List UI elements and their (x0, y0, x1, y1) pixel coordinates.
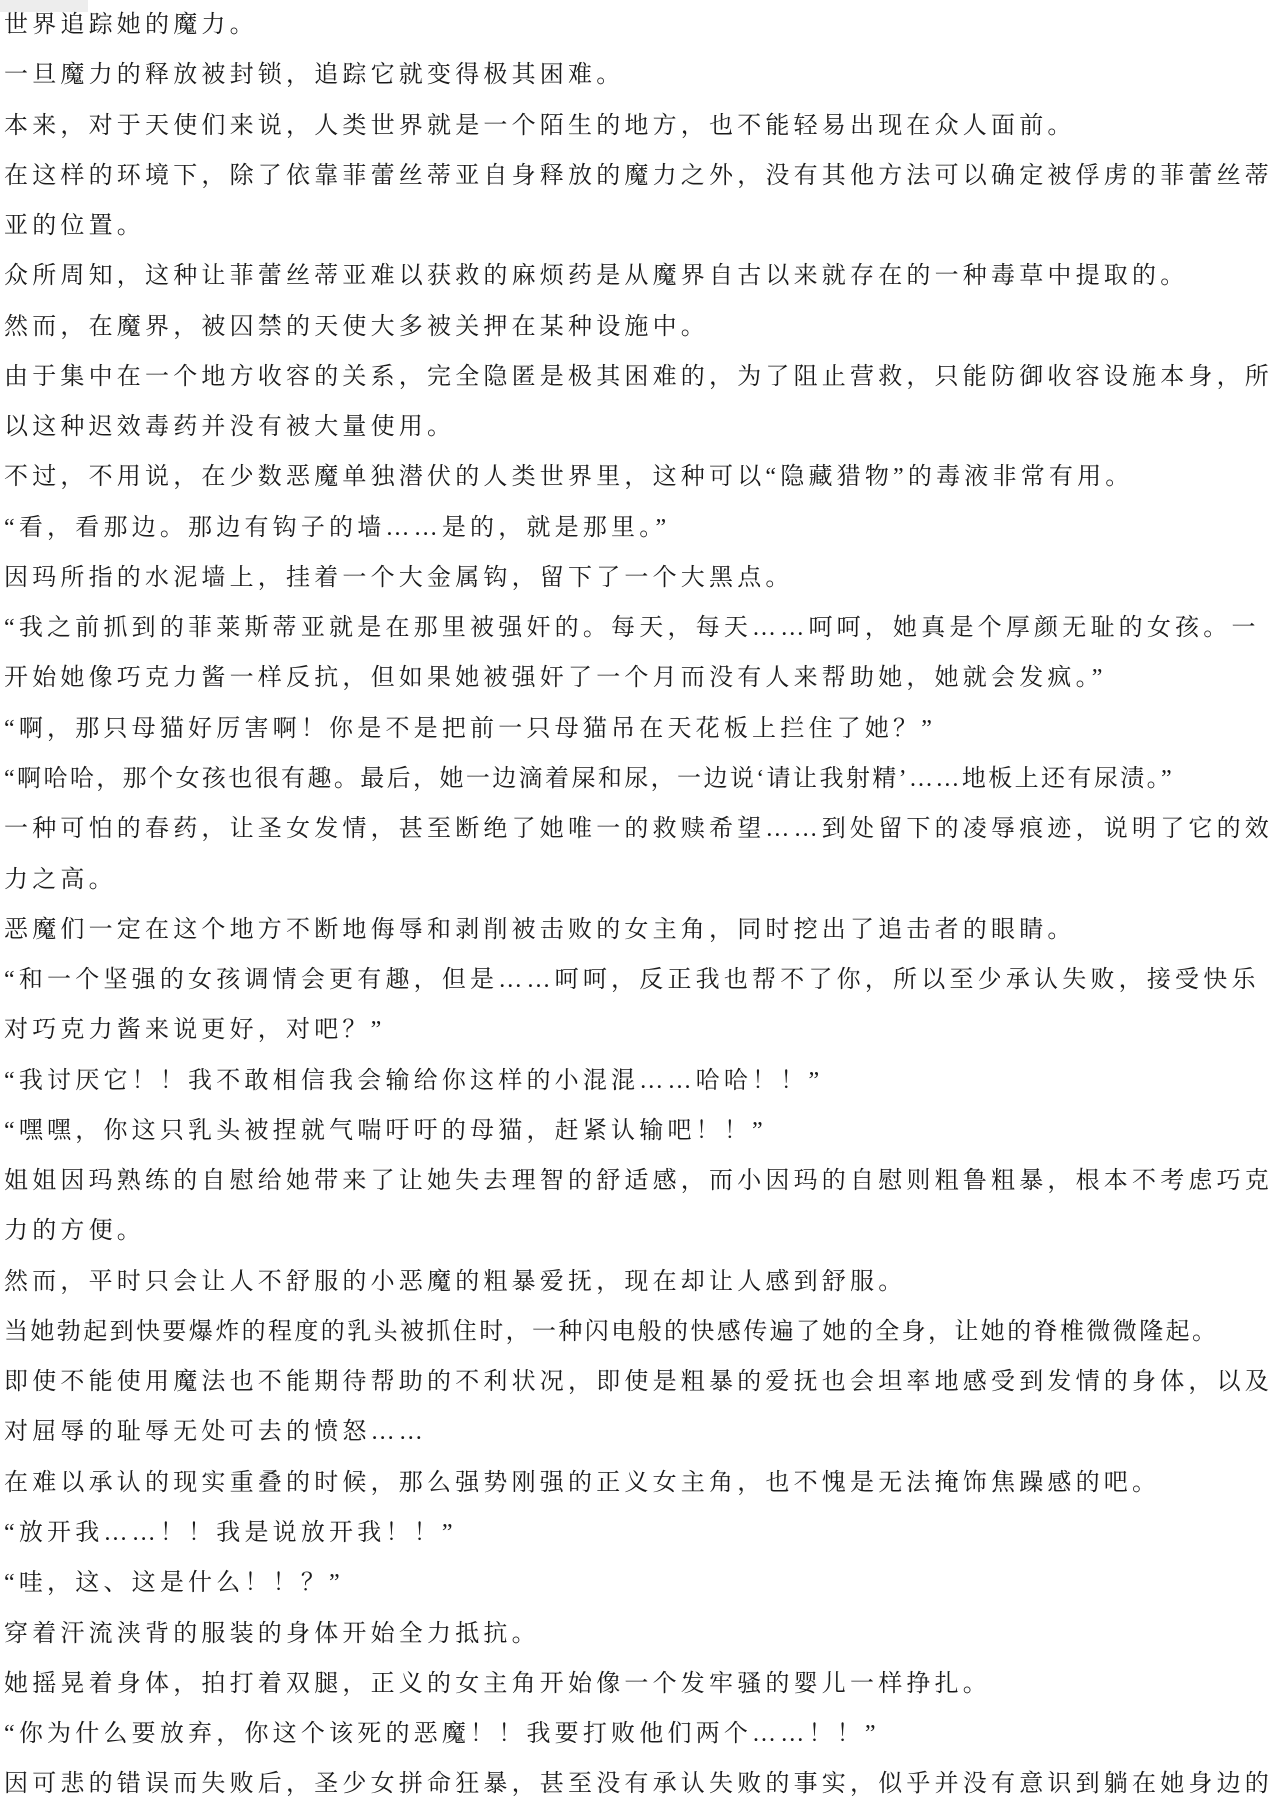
text-line-9: 以这种迟效毒药并没有被大量使用。 (4, 402, 1276, 452)
text-line-31: “放开我……！！我是说放开我！！” (4, 1508, 1276, 1558)
text-line-25: 力的方便。 (4, 1206, 1276, 1256)
text-line-17: 一种可怕的春药，让圣女发情，甚至断绝了她唯一的救赎希望……到处留下的凌辱痕迹，说… (4, 804, 1276, 854)
text-line-15: “啊，那只母猫好厉害啊！你是不是把前一只母猫吊在天花板上拦住了她？” (4, 704, 1276, 754)
novel-text-page: 世界追踪她的魔力。一旦魔力的释放被封锁，追踪它就变得极其困难。本来，对于天使们来… (0, 0, 1280, 1810)
text-line-20: “和一个坚强的女孩调情会更有趣，但是……呵呵，反正我也帮不了你，所以至少承认失败… (4, 955, 1276, 1005)
text-line-3: 本来，对于天使们来说，人类世界就是一个陌生的地方，也不能轻易出现在众人面前。 (4, 101, 1276, 151)
text-line-10: 不过，不用说，在少数恶魔单独潜伏的人类世界里，这种可以“隐藏猎物”的毒液非常有用… (4, 452, 1276, 502)
text-line-1: 世界追踪她的魔力。 (4, 0, 1276, 50)
text-line-24: 姐姐因玛熟练的自慰给她带来了让她失去理智的舒适感，而小因玛的自慰则粗鲁粗暴，根本… (4, 1156, 1276, 1206)
text-line-35: “你为什么要放弃，你这个该死的恶魔！！我要打败他们两个……！！” (4, 1709, 1276, 1759)
text-line-28: 即使不能使用魔法也不能期待帮助的不利状况，即使是粗暴的爱抚也会坦率地感受到发情的… (4, 1357, 1276, 1407)
text-line-36: 因可悲的错误而失败后，圣少女拼命狂暴，甚至没有承认失败的事实，似乎并没有意识到躺… (4, 1759, 1276, 1809)
text-line-18: 力之高。 (4, 855, 1276, 905)
text-line-5: 亚的位置。 (4, 201, 1276, 251)
text-line-19: 恶魔们一定在这个地方不断地侮辱和剥削被击败的女主角，同时挖出了追击者的眼睛。 (4, 905, 1276, 955)
text-line-34: 她摇晃着身体，拍打着双腿，正义的女主角开始像一个发牢骚的婴儿一样挣扎。 (4, 1659, 1276, 1709)
text-line-13: “我之前抓到的菲莱斯蒂亚就是在那里被强奸的。每天，每天……呵呵，她真是个厚颜无耻… (4, 603, 1276, 653)
text-line-2: 一旦魔力的释放被封锁，追踪它就变得极其困难。 (4, 50, 1276, 100)
text-line-27: 当她勃起到快要爆炸的程度的乳头被抓住时，一种闪电般的快感传遍了她的全身，让她的脊… (4, 1307, 1276, 1357)
text-line-12: 因玛所指的水泥墙上，挂着一个大金属钩，留下了一个大黑点。 (4, 553, 1276, 603)
text-line-14: 开始她像巧克力酱一样反抗，但如果她被强奸了一个月而没有人来帮助她，她就会发疯。” (4, 653, 1276, 703)
text-line-4: 在这样的环境下，除了依靠菲蕾丝蒂亚自身释放的魔力之外，没有其他方法可以确定被俘虏… (4, 151, 1276, 201)
text-line-6: 众所周知，这种让菲蕾丝蒂亚难以获救的麻烦药是从魔界自古以来就存在的一种毒草中提取… (4, 251, 1276, 301)
text-line-8: 由于集中在一个地方收容的关系，完全隐匿是极其困难的，为了阻止营救，只能防御收容设… (4, 352, 1276, 402)
text-line-16: “啊哈哈，那个女孩也很有趣。最后，她一边滴着屎和尿，一边说‘请让我射精’……地板… (4, 754, 1276, 804)
text-line-21: 对巧克力酱来说更好，对吧？” (4, 1005, 1276, 1055)
text-line-22: “我讨厌它！！我不敢相信我会输给你这样的小混混……哈哈！！” (4, 1056, 1276, 1106)
text-line-32: “哇，这、这是什么！！？” (4, 1558, 1276, 1608)
text-line-11: “看，看那边。那边有钩子的墙……是的，就是那里。” (4, 503, 1276, 553)
text-line-30: 在难以承认的现实重叠的时候，那么强势刚强的正义女主角，也不愧是无法掩饰焦躁感的吧… (4, 1458, 1276, 1508)
text-line-33: 穿着汗流浃背的服装的身体开始全力抵抗。 (4, 1609, 1276, 1659)
text-line-7: 然而，在魔界，被囚禁的天使大多被关押在某种设施中。 (4, 302, 1276, 352)
text-line-23: “嘿嘿，你这只乳头被捏就气喘吁吁的母猫，赶紧认输吧！！” (4, 1106, 1276, 1156)
text-line-29: 对屈辱的耻辱无处可去的愤怒…… (4, 1407, 1276, 1457)
text-line-26: 然而，平时只会让人不舒服的小恶魔的粗暴爱抚，现在却让人感到舒服。 (4, 1257, 1276, 1307)
